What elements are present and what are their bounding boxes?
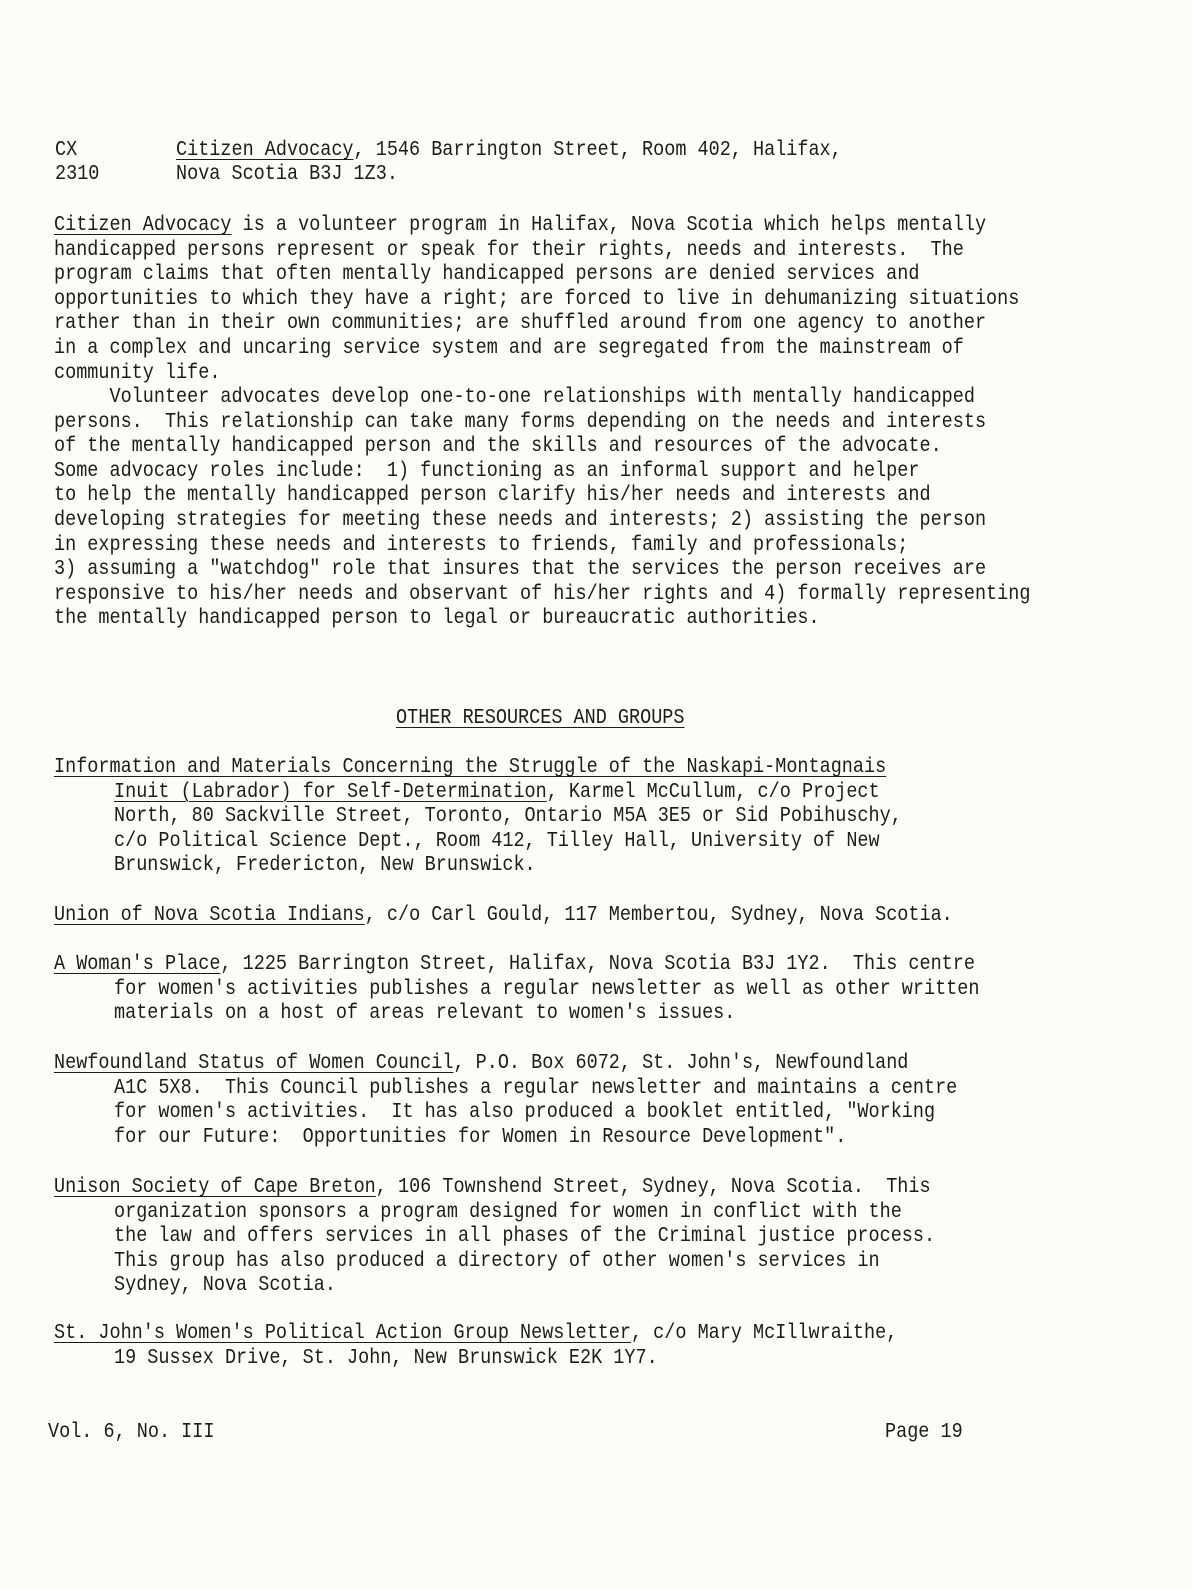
resource-detail-line: This group has also produced a directory… bbox=[114, 1249, 880, 1273]
line-text: rather than in their own communities; ar… bbox=[54, 311, 986, 335]
paragraph-line: Volunteer advocates develop one-to-one r… bbox=[54, 385, 975, 409]
line-text: community life. bbox=[54, 361, 220, 385]
resource-detail-line: the law and offers services in all phase… bbox=[114, 1224, 935, 1248]
paragraph-line: persons. This relationship can take many… bbox=[54, 410, 986, 434]
resource-detail-line: for women's activities publishes a regul… bbox=[114, 977, 979, 1001]
entry-code: CX bbox=[55, 138, 77, 162]
resource-name-line: St. John's Women's Political Action Grou… bbox=[54, 1321, 897, 1345]
paragraph-line: in expressing these needs and interests … bbox=[54, 533, 908, 557]
resource-name: Newfoundland Status of Women Council bbox=[54, 1051, 453, 1075]
paragraph-line: of the mentally handicapped person and t… bbox=[54, 434, 942, 458]
paragraph-line: developing strategies for meeting these … bbox=[54, 508, 986, 532]
paragraph-line: handicapped persons represent or speak f… bbox=[54, 238, 964, 262]
resource-details: , Karmel McCullum, c/o Project bbox=[547, 780, 880, 804]
resource-name: Inuit (Labrador) for Self-Determination bbox=[114, 780, 547, 804]
paragraph-line: community life. bbox=[54, 361, 220, 385]
resource-name-line: Inuit (Labrador) for Self-Determination,… bbox=[114, 780, 880, 804]
resource-name-line: Information and Materials Concerning the… bbox=[54, 755, 886, 779]
resource-name-line: Newfoundland Status of Women Council, P.… bbox=[54, 1051, 908, 1075]
paragraph-line: 3) assuming a "watchdog" role that insur… bbox=[54, 557, 986, 581]
paragraph-line: Some advocacy roles include: 1) function… bbox=[54, 459, 919, 483]
entry-number: 2310 bbox=[55, 162, 99, 186]
resource-detail-line: Sydney, Nova Scotia. bbox=[114, 1273, 336, 1297]
resource-details: , 106 Townshend Street, Sydney, Nova Sco… bbox=[376, 1175, 931, 1199]
resource-detail-line: for women's activities. It has also prod… bbox=[114, 1100, 935, 1124]
resource-name: Information and Materials Concerning the… bbox=[54, 755, 886, 779]
line-text: is a volunteer program in Halifax, Nova … bbox=[232, 213, 987, 237]
section-heading-text: OTHER RESOURCES AND GROUPS bbox=[396, 706, 685, 730]
resource-name: Union of Nova Scotia Indians bbox=[54, 903, 365, 927]
resource-name-line: Unison Society of Cape Breton, 106 Towns… bbox=[54, 1175, 931, 1199]
footer-volume: Vol. 6, No. III bbox=[48, 1420, 214, 1444]
entry-title: Citizen Advocacy bbox=[176, 138, 354, 162]
paragraph-line: program claims that often mentally handi… bbox=[54, 262, 919, 286]
paragraph-line: responsive to his/her needs and observan… bbox=[54, 582, 1030, 606]
resource-detail-line: materials on a host of areas relevant to… bbox=[114, 1001, 735, 1025]
resource-name: Unison Society of Cape Breton bbox=[54, 1175, 376, 1199]
resource-details: , c/o Carl Gould, 117 Membertou, Sydney,… bbox=[365, 903, 953, 927]
resource-detail-line: Brunswick, Fredericton, New Brunswick. bbox=[114, 853, 536, 877]
section-heading: OTHER RESOURCES AND GROUPS bbox=[396, 706, 685, 730]
resource-details: , 1225 Barrington Street, Halifax, Nova … bbox=[220, 952, 975, 976]
resource-detail-line: North, 80 Sackville Street, Toronto, Ont… bbox=[114, 804, 902, 828]
resource-name-line: A Woman's Place, 1225 Barrington Street,… bbox=[54, 952, 975, 976]
paragraph-line: Citizen Advocacy is a volunteer program … bbox=[54, 213, 986, 237]
line-text: opportunities to which they have a right… bbox=[54, 287, 1019, 311]
footer-page-number: Page 19 bbox=[885, 1420, 963, 1444]
paragraph-line: opportunities to which they have a right… bbox=[54, 287, 1019, 311]
line-text: handicapped persons represent or speak f… bbox=[54, 238, 964, 262]
entry-title-line: Citizen Advocacy, 1546 Barrington Street… bbox=[176, 138, 842, 162]
line-text: program claims that often mentally handi… bbox=[54, 262, 919, 286]
resource-detail-line: c/o Political Science Dept., Room 412, T… bbox=[114, 829, 880, 853]
line-text: in a complex and uncaring service system… bbox=[54, 336, 964, 360]
resource-detail-line: 19 Sussex Drive, St. John, New Brunswick… bbox=[114, 1346, 658, 1370]
paragraph-line: to help the mentally handicapped person … bbox=[54, 483, 931, 507]
resource-name: A Woman's Place bbox=[54, 952, 220, 976]
resource-name: St. John's Women's Political Action Grou… bbox=[54, 1321, 631, 1345]
program-name: Citizen Advocacy bbox=[54, 213, 232, 237]
paragraph-line: rather than in their own communities; ar… bbox=[54, 311, 986, 335]
paragraph-line: in a complex and uncaring service system… bbox=[54, 336, 964, 360]
entry-address-1: , 1546 Barrington Street, Room 402, Hali… bbox=[354, 138, 842, 162]
resource-detail-line: organization sponsors a program designed… bbox=[114, 1200, 902, 1224]
resource-details: , P.O. Box 6072, St. John's, Newfoundlan… bbox=[453, 1051, 908, 1075]
resource-detail-line: A1C 5X8. This Council publishes a regula… bbox=[114, 1076, 957, 1100]
resource-details: , c/o Mary McIllwraithe, bbox=[631, 1321, 897, 1345]
resource-name-line: Union of Nova Scotia Indians, c/o Carl G… bbox=[54, 903, 953, 927]
resource-detail-line: for our Future: Opportunities for Women … bbox=[114, 1125, 846, 1149]
entry-address-2: Nova Scotia B3J 1Z3. bbox=[176, 162, 398, 186]
paragraph-line: the mentally handicapped person to legal… bbox=[54, 606, 820, 630]
